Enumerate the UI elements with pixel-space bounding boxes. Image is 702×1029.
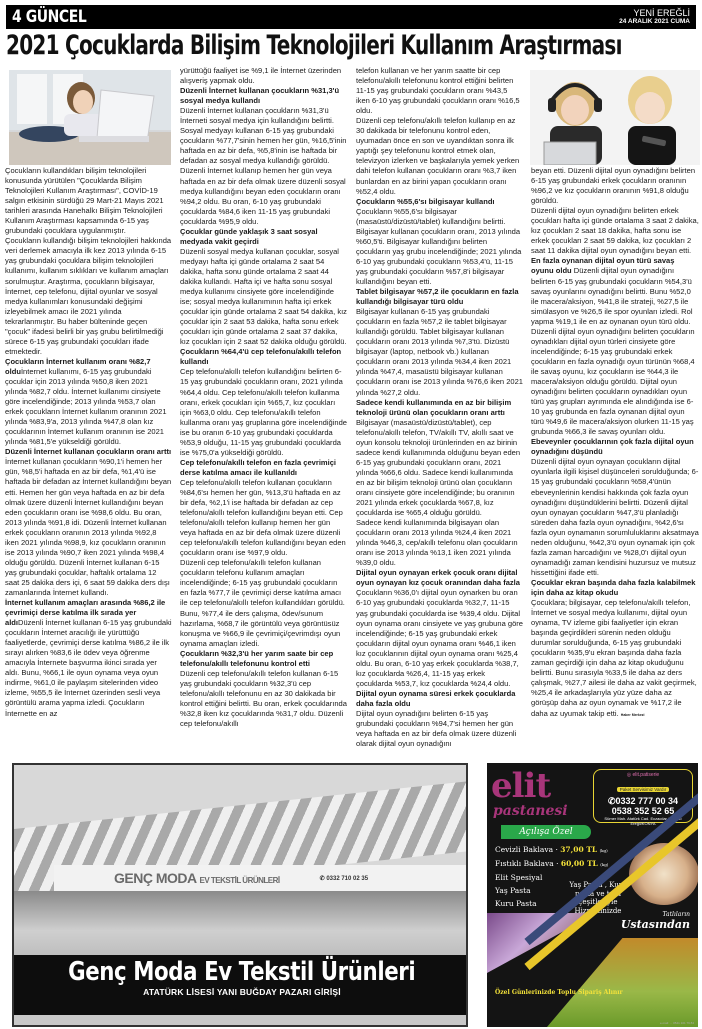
subheading-paragraph: Dijital oyun oynayan erkek çocuk oranı d…	[356, 568, 523, 689]
menu-item-name: Cevizli Baklava	[495, 845, 553, 854]
menu-item-name: Fıstıklı Baklava	[495, 859, 554, 868]
paragraph: Düzenli cep telefonu/akıllı telefon kull…	[180, 669, 347, 729]
subheading-paragraph: Düzenli İnternet kullanan çocukların ora…	[5, 447, 172, 598]
paragraph-text: Çocuklara; bilgisayar, cep telefonu/akıl…	[531, 598, 697, 718]
service-badge: Paket Servisimiz Vardır	[617, 787, 669, 792]
valance-phone: ✆ 0332 710 02 35	[320, 875, 368, 882]
paragraph: Cep telefonu/akıllı telefon kullanan çoc…	[180, 478, 347, 558]
tagline-small: Tatlıların	[621, 911, 690, 918]
paragraph: Çocukların %55,6'sı bilgisayar (masaüstü…	[356, 207, 523, 287]
subheading: Çocukların %64,4'ü cep telefonu/akıllı t…	[180, 347, 341, 366]
paragraph: Çocukların %36,0'ı dijital oyun oynarken…	[356, 588, 523, 687]
phone-number: 0332 777 00 34	[615, 796, 678, 806]
newspaper-name: YENİ EREĞLİ	[619, 9, 690, 18]
menu-item-price: 37,00 TL	[560, 845, 597, 854]
paragraph: Düzenli cep telefonu/akıllı telefon kull…	[356, 116, 523, 196]
awning-valance: GENÇ MODA EV TEKSTİL ÜRÜNLERİ ✆ 0332 710…	[54, 865, 468, 891]
subheading: Düzenli İnternet kullanan çocukların ora…	[5, 447, 171, 456]
paragraph: Cep telefonu/akıllı telefon kullandığını…	[180, 367, 347, 457]
paragraph: Düzenli İnternet kullanan 6-15 yaş grubu…	[5, 618, 172, 717]
baklava-image	[547, 938, 698, 1027]
photo-illustration-icon	[530, 70, 700, 165]
phone-number: 0332 710 02 35	[326, 876, 368, 882]
subheading: Çocuklar günde yaklaşık 3 saat sosyal me…	[180, 227, 318, 246]
paragraph: Düzenli dijital oyun oynadığını belirten…	[531, 327, 699, 438]
ad-title: Genç Moda Ev Tekstil Ürünleri	[68, 955, 415, 989]
elit-pastanesi-advertisement[interactable]: elit pastanesi ◎ elit.patiserie Paket Se…	[487, 763, 698, 1027]
subheading: Düzenli İnternet kullanan çocukların %31…	[180, 86, 339, 105]
paragraph: Bilgisayar kullanan 6-15 yaş grubundaki …	[356, 307, 523, 397]
page-header-bar: 4 GÜNCEL YENİ EREĞLİ 24 ARALIK 2021 CUMA	[6, 5, 696, 29]
article-column-1: Çocukların kullandıkları bilişim teknolo…	[5, 166, 172, 719]
paragraph: İnternet kullanan çocukların %90,1'i hem…	[5, 457, 171, 597]
subheading: Dijital oyun oynama süresi erkek çocukla…	[356, 689, 515, 708]
section-label: 4 GÜNCEL	[12, 7, 86, 27]
ad-banner: Genç Moda Ev Tekstil Ürünleri ATATÜRK Lİ…	[14, 955, 468, 1015]
ad-footer: e-mail: ... 0541 101 79 84	[660, 1021, 694, 1025]
paragraph: İnternet kullanımı, 6-15 yaş grubundaki …	[5, 367, 167, 446]
instagram-icon: ◎	[627, 772, 631, 778]
menu-item-unit: (kg)	[600, 862, 608, 867]
instagram-text: elit.patiserie	[633, 772, 660, 778]
subheading: Çocukların %55,6'sı bilgisayar kullandı	[356, 197, 495, 206]
shop-interior-image	[14, 891, 468, 957]
bulk-order-note: Özel Günlerinizde Toplu Sipariş Alınır	[495, 989, 623, 997]
paragraph: Düzenli sosyal medya kullanan çocuklar, …	[180, 247, 347, 347]
paragraph: Çocukların kullandıkları bilişim teknolo…	[5, 166, 172, 236]
paper-info: YENİ EREĞLİ 24 ARALIK 2021 CUMA	[619, 9, 690, 26]
tatli-ustasi-tagline: Tatlıların Ustasından	[621, 911, 690, 931]
menu-item-unit: (kg)	[600, 848, 608, 853]
paragraph: Düzenli dijital oyun oynadığını belirten…	[531, 206, 699, 256]
valance-brand-name: GENÇ MODA	[114, 870, 196, 886]
tagline-big: Ustasından	[621, 918, 690, 931]
elit-logo-sub: pastanesi	[493, 803, 568, 819]
ground-image	[14, 1015, 468, 1027]
phone-icon: ✆	[320, 876, 325, 882]
valance-brand: GENÇ MODA EV TEKSTİL ÜRÜNLERİ	[114, 870, 280, 886]
article-column-4: beyan etti. Düzenli dijital oyun oynadığ…	[531, 166, 699, 720]
paragraph: Bilgisayar (masaüstü/dizüstü/tablet), ce…	[356, 418, 523, 518]
paragraph: beyan etti. Düzenli dijital oyun oynadığ…	[531, 166, 699, 206]
girl-with-laptop-photo	[9, 70, 171, 165]
subheading: Tablet bilgisayar %57,2 ile çocukların e…	[356, 287, 519, 306]
subheading-paragraph: İnternet kullanım amaçları arasında %86,…	[5, 598, 172, 719]
subheading: Sadece kendi kullanımında en az bir bili…	[356, 398, 511, 417]
article-column-3: telefon kullanan ve her yarım saatte bir…	[356, 66, 523, 749]
opening-special-label: Açılışa Özel	[501, 825, 591, 839]
paragraph: Sadece kendi kullanımında bilgisayarı ol…	[356, 518, 523, 568]
menu-item: Cevizli Baklava · 37,00 TL (kg)	[495, 843, 608, 857]
paragraph: telefon kullanan ve her yarım saatte bir…	[356, 66, 523, 116]
kids-with-tablet-and-phone-photo	[530, 70, 700, 165]
menu-item: Fıstıklı Baklava · 60,00 TL (kg)	[495, 857, 608, 871]
paragraph: Çocukların kullandığı bilişim teknolojil…	[5, 236, 172, 357]
paragraph: Düzenli İnternet kullanan çocukların %31…	[180, 106, 347, 227]
paragraph: yürüttüğü faaliyet ise %9,1 ile İnternet…	[180, 66, 347, 86]
menu-item-price: 60,00 TL	[561, 859, 598, 868]
subheading: Çocukların %32,3'ü her yarım saate bir c…	[180, 649, 333, 668]
photo-illustration-icon	[9, 70, 171, 165]
byline: Haber Merkezi	[621, 713, 645, 717]
elit-logo: elit	[491, 767, 550, 805]
subheading: Dijital oyun oynayan erkek çocuk oranı d…	[356, 568, 520, 587]
valance-brand-sub: EV TEKSTİL ÜRÜNLERİ	[199, 876, 279, 885]
paragraph: Dijital oyun oynadığını belirten 6-15 ya…	[356, 709, 523, 749]
article-headline: 2021 Çocuklarda Bilişim Teknolojileri Ku…	[6, 31, 518, 61]
paragraph: Düzenli dijital oyun oynayan çocukların …	[531, 457, 699, 578]
subheading: Çocuklar ekran başında daha fazla kalabi…	[531, 578, 695, 597]
subheading: Cep telefonu/akıllı telefon en fazla çev…	[180, 458, 336, 477]
genc-moda-advertisement[interactable]: GENÇ MODA EV TEKSTİL ÜRÜNLERİ ✆ 0332 710…	[12, 763, 468, 1027]
instagram-handle: ◎ elit.patiserie	[598, 772, 688, 778]
paragraph: Çocuklara; bilgisayar, cep telefonu/akıl…	[531, 598, 699, 720]
subheading: Ebeveynler çocuklarının çok fazla dijita…	[531, 437, 694, 456]
subheading-paragraph: En fazla oynanan dijital oyun türü savaş…	[531, 256, 699, 326]
article-column-2: yürüttüğü faaliyet ise %9,1 ile İnternet…	[180, 66, 347, 729]
phone-1: ✆0332 777 00 34	[598, 796, 688, 806]
paragraph: Düzenli cep telefonu/akıllı telefon kull…	[180, 558, 347, 648]
subheading-paragraph: Çocukların İnternet kullanım oranı %82,7…	[5, 357, 172, 447]
issue-date: 24 ARALIK 2021 CUMA	[619, 19, 690, 26]
